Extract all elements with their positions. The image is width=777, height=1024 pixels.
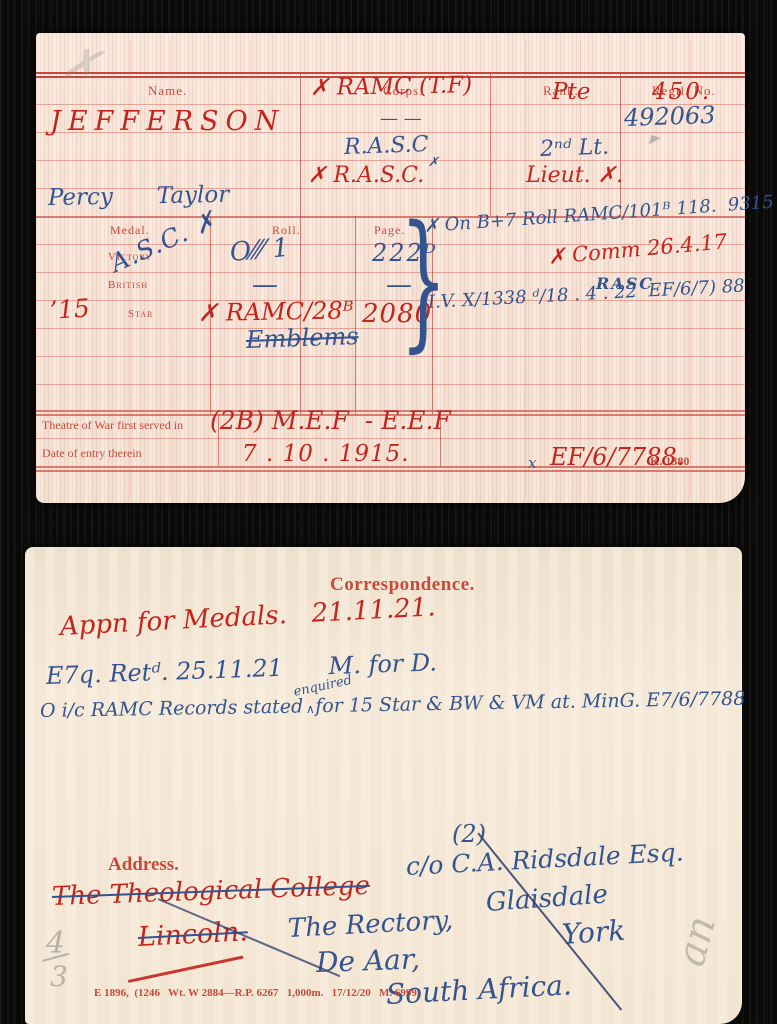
rank-entry-3: Lieut. ✗. (526, 164, 623, 187)
address-alt-line-3: York (561, 916, 626, 950)
rank-entry-1: Pte (552, 80, 590, 104)
address-heading: Address. (108, 855, 179, 875)
ef-reference-number: EF/6/7788. (550, 445, 684, 470)
print-code: E 1896, (1246 Wt. W 2884—R.P. 6267 1,000… (94, 988, 420, 1000)
insertion-caret: ∧ (306, 703, 315, 716)
roll-entry-victory: O⁄⁄⁄ 1 (229, 235, 290, 267)
star-medal-row-label: Star (128, 309, 153, 321)
corps-entry-2-check: ✗ (428, 156, 439, 170)
rank-entry-2: 2ⁿᵈ Lt. (540, 136, 610, 161)
correspondence-heading: Correspondence. (330, 575, 475, 595)
corps-entry-1: ✗ RAMC (T.F) (310, 73, 473, 100)
roll-entry-british: — (252, 272, 278, 299)
corps-entry-dashes: — — (380, 110, 422, 129)
corps-entry-3: ✗ R.A.S.C. (308, 164, 424, 187)
pencil-fraction-bottom: 3 (50, 962, 68, 991)
regtl-no-entry-2: 492063 (624, 103, 716, 131)
forenames-entry: Percy Taylor (48, 183, 230, 210)
ef-reference-check: x (528, 456, 536, 472)
surname-entry: JEFFERSON (50, 108, 285, 136)
corps-entry-2: R.A.S.C (344, 133, 429, 159)
emblems-note: Emblems (246, 324, 359, 353)
roll-entry-star: ✗ RAMC/28ᴮ (198, 298, 354, 326)
british-medal-row-label: British (108, 280, 148, 292)
scanned-document: Name.Corps.Rank.Regtl. No.Medal.Roll.Pag… (0, 0, 777, 1024)
theatre-of-war-entry: (2B) M.E.F - E.E.F (210, 408, 451, 434)
date-of-entry-entry: 7 . 10 . 1915. (242, 442, 410, 466)
address-old-line-2: Lincoln. (137, 918, 248, 952)
star-15-prefix: ’15 (49, 295, 90, 324)
date-of-entry-label: Date of entry therein (42, 447, 142, 460)
name-column-header: Name. (148, 84, 187, 98)
theatre-of-war-label: Theatre of War first served in (42, 419, 183, 432)
